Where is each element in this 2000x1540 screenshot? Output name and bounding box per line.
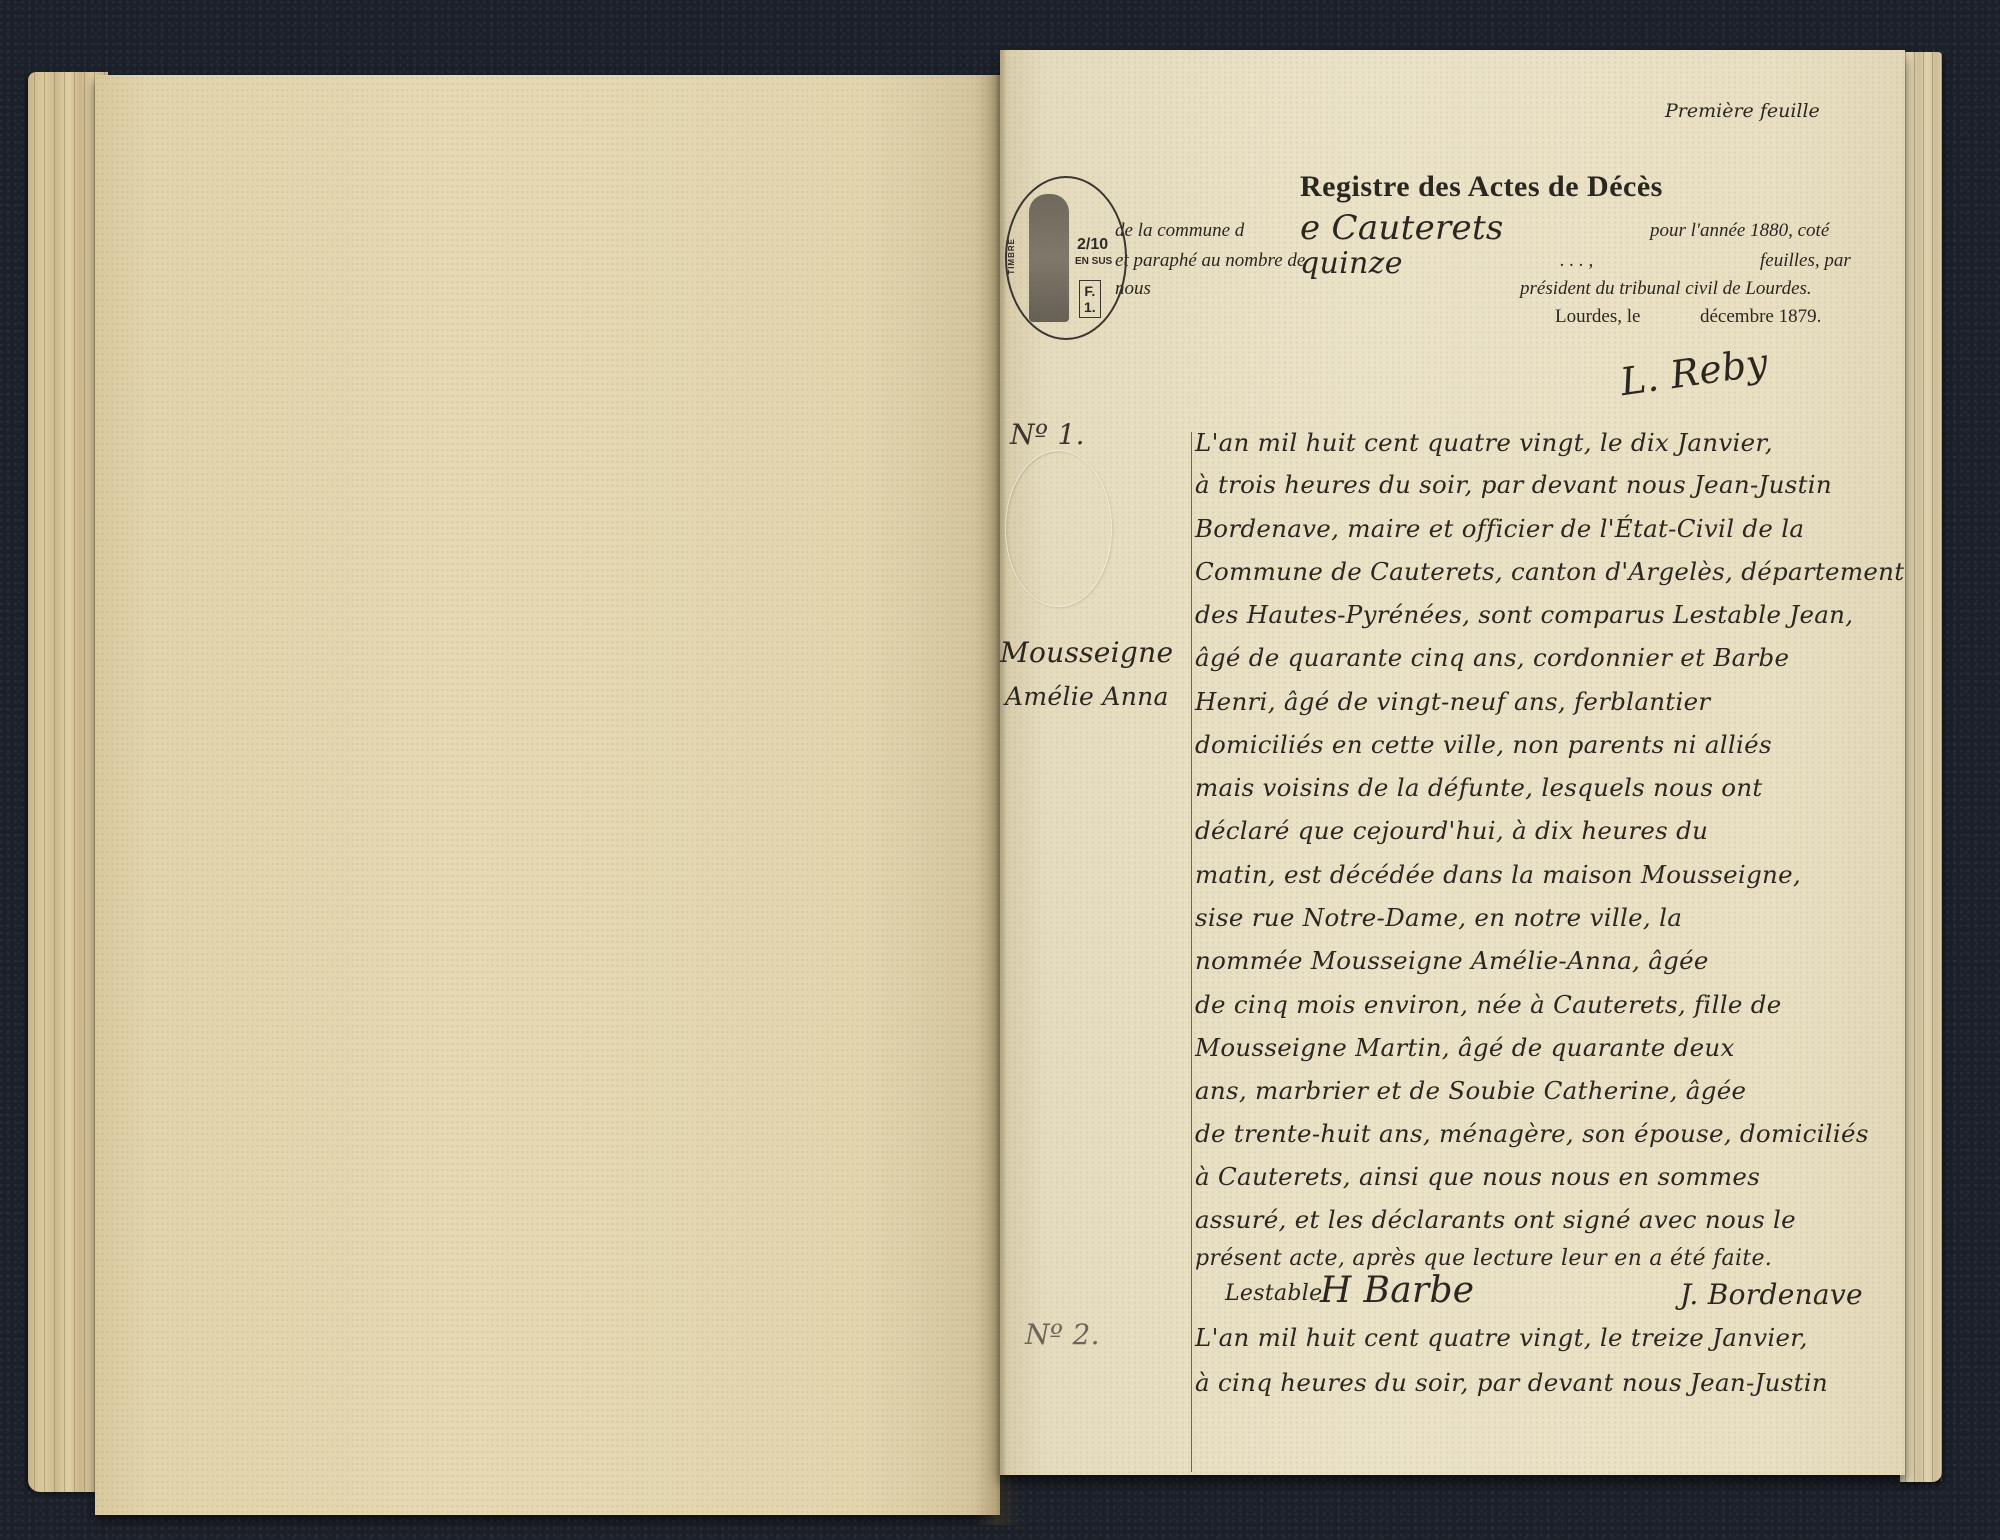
act-line: à Cauterets, ainsi que nous nous en somm… (1195, 1162, 1760, 1191)
right-page-stack-edge (1900, 52, 1942, 1482)
paraphe-prefix: et paraphé au nombre de (1115, 250, 1305, 272)
register-title: Registre des Actes de Décès (1300, 170, 1663, 204)
act-line: L'an mil huit cent quatre vingt, le trei… (1195, 1323, 1808, 1352)
signature-declarant-2: H Barbe (1320, 1270, 1474, 1311)
act-line: mais voisins de la défunte, lesquels nou… (1195, 773, 1763, 802)
stamp-series: F. 1. (1079, 280, 1101, 318)
act-line: assuré, et les déclarants ont signé avec… (1195, 1205, 1796, 1234)
act-line: Henri, âgé de vingt-neuf ans, ferblantie… (1195, 687, 1710, 716)
act-number: Nº 2. (1025, 1318, 1100, 1351)
date-text: décembre 1879. (1700, 306, 1821, 328)
act-line: de cinq mois environ, née à Cauterets, f… (1195, 990, 1782, 1019)
signature-declarant-1: Lestable (1225, 1281, 1322, 1306)
act-number: Nº 1. (1010, 418, 1085, 451)
year-text: pour l'année 1880, coté (1650, 220, 1829, 242)
president-text: président du tribunal civil de Lourdes. (1520, 278, 1812, 300)
act-line: âgé de quarante cinq ans, cordonnier et … (1195, 643, 1789, 672)
act-line: déclaré que cejourd'hui, à dix heures du (1195, 816, 1708, 845)
sheet-count-handwritten: quinze (1300, 246, 1403, 281)
dotted-filler: . . . , (1560, 250, 1593, 272)
fiscal-stamp-icon: TIMBRE 2/10 EN SUS F. 1. (1005, 176, 1127, 340)
place-text: Lourdes, le (1555, 306, 1640, 328)
stamp-series-number: 1. (1084, 299, 1096, 315)
signature-mayor: J. Bordenave (1680, 1278, 1863, 1311)
act-line: ans, marbrier et de Soubie Catherine, âg… (1195, 1076, 1746, 1105)
commune-prefix: de la commune d (1115, 220, 1244, 242)
margin-surname: Mousseigne (1000, 636, 1173, 669)
act-line: sise rue Notre-Dame, en notre ville, la (1195, 903, 1682, 932)
act-line: à cinq heures du soir, par devant nous J… (1195, 1368, 1828, 1397)
commune-handwritten: e Cauterets (1300, 208, 1504, 248)
stamp-label: TIMBRE (1007, 238, 1016, 275)
act-line: Mousseigne Martin, âgé de quarante deux (1195, 1033, 1735, 1062)
act-line: à trois heures du soir, par devant nous … (1195, 470, 1832, 499)
stamp-series-letter: F. (1084, 283, 1095, 299)
act-line: présent acte, après que lecture leur en … (1195, 1246, 1772, 1271)
act-line: Bordenave, maire et officier de l'État-C… (1195, 514, 1804, 543)
act-line: des Hautes-Pyrénées, sont comparus Lesta… (1195, 600, 1853, 629)
stamp-ensus: EN SUS (1075, 256, 1112, 267)
act-line: de trente-huit ans, ménagère, son épouse… (1195, 1119, 1869, 1148)
act-line: Commune de Cauterets, canton d'Argelès, … (1195, 557, 1904, 586)
left-page-blank (95, 75, 1000, 1515)
stamp-price: 2/10 (1077, 236, 1108, 254)
justice-figure-icon (1029, 194, 1069, 322)
sheet-label: Première feuille (1665, 100, 1820, 122)
act-line: matin, est décédée dans la maison Mousse… (1195, 860, 1801, 889)
embossed-seal-icon (1005, 450, 1112, 607)
margin-given-names: Amélie Anna (1005, 682, 1169, 711)
feuilles-text: feuilles, par (1760, 250, 1851, 272)
act-line: domiciliés en cette ville, non parents n… (1195, 730, 1772, 759)
margin-rule (1191, 432, 1192, 1472)
act-line: L'an mil huit cent quatre vingt, le dix … (1195, 428, 1773, 457)
act-line: nommée Mousseigne Amélie-Anna, âgée (1195, 946, 1709, 975)
open-register-book: Première feuille Registre des Actes de D… (0, 0, 2000, 1540)
